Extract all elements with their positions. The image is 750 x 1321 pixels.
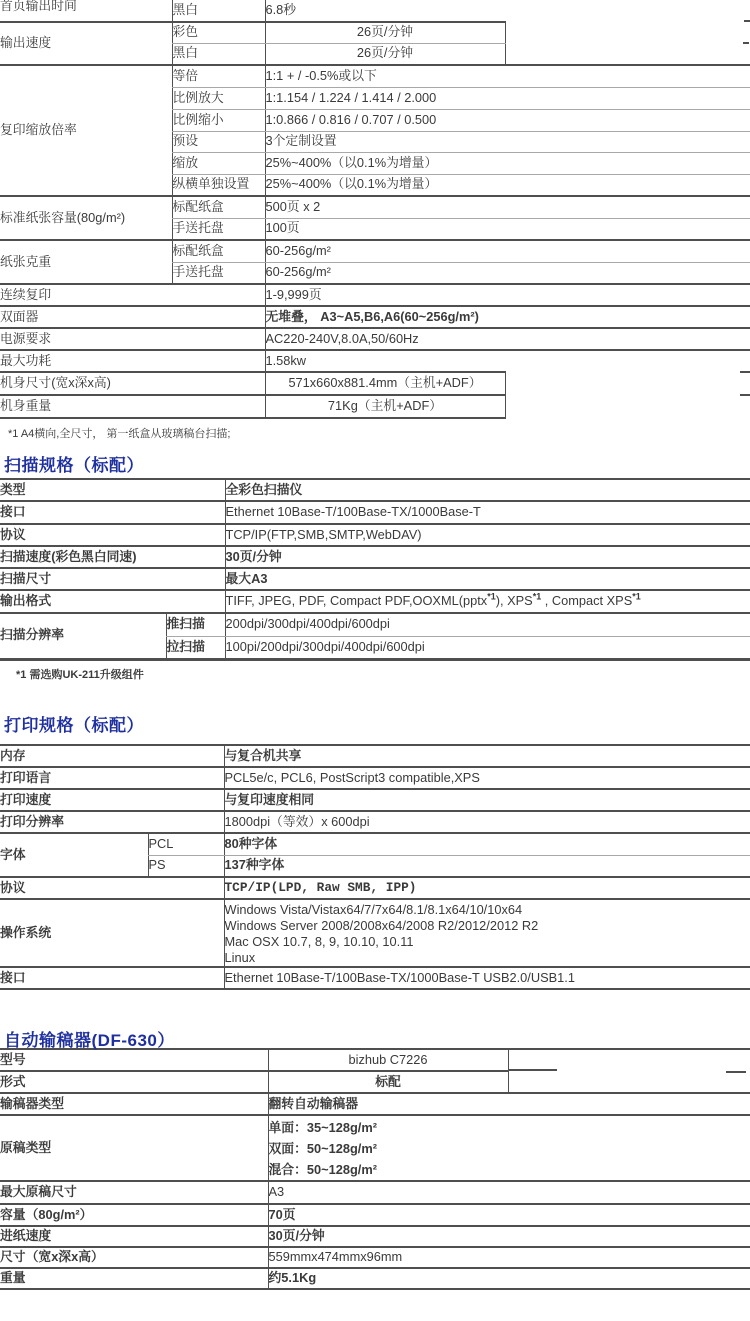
spec-value: 与复印速度相同 [224,789,750,811]
spec-label: 电源要求 [0,328,265,350]
clipped-empty-cell [505,350,750,372]
spec-label: 标准纸张容量(80g/m²) [0,196,172,240]
spec-value: 571x660x881.4mm（主机+ADF） [265,372,505,395]
spec-value: 单面：35~128g/m²双面：50~128g/m²混合：50~128g/m² [268,1115,750,1181]
spec-value: 6.8秒 [265,0,505,22]
spec-value: AC220-240V,8.0A,50/60Hz [265,328,750,350]
footnote-copy: *1 A4横向,全尺寸， 第一纸盒从玻璃稿台扫描; [8,425,230,441]
spec-value: 26页/分钟 [265,22,505,43]
table-row: 进纸速度30页/分钟 [0,1226,750,1247]
table-row: 操作系统Windows Vista/Vistax64/7/7x64/8.1/8.… [0,899,750,967]
table-row: 双面器无堆叠， A3~A5,B6,A6(60~256g/m²) [0,306,750,328]
spec-label: 容量（80g/m²） [0,1204,268,1226]
clipped-empty-cell [508,1049,750,1071]
clipped-empty-cell [508,1071,750,1093]
table-row: 输稿器类型翻转自动输稿器 [0,1093,750,1115]
spec-value: 与复合机共享 [224,745,750,767]
table-row: 扫描速度(彩色黑白同速)30页/分钟 [0,546,750,568]
spec-sublabel: 手送托盘 [172,218,265,240]
spec-sublabel: 等倍 [172,65,265,87]
spec-value: 25%~400%（以0.1%为增量） [265,152,750,174]
spec-sublabel: 比例缩小 [172,109,265,131]
spec-sheet-page: { "colors":{"heading_blue":"#1e2f9e","li… [0,0,750,1321]
table-row: 打印分辨率1800dpi（等效）x 600dpi [0,811,750,833]
spec-value: 70页 [268,1204,750,1226]
table-row: 最大原稿尺寸A3 [0,1181,750,1204]
spec-label: 重量 [0,1268,268,1289]
spec-value: 1:1.154 / 1.224 / 1.414 / 2.000 [265,87,750,109]
spec-label: 操作系统 [0,899,224,967]
spec-sublabel: 比例放大 [172,87,265,109]
spec-label: 输出格式 [0,590,225,613]
spec-label: 型号 [0,1049,268,1071]
spec-value: TIFF, JPEG, PDF, Compact PDF,OOXML(pptx*… [225,590,750,613]
spec-label: 打印速度 [0,789,224,811]
spec-label: 扫描速度(彩色黑白同速) [0,546,225,568]
table-row: 打印语言PCL5e/c, PCL6, PostScript3 compatibl… [0,767,750,789]
spec-value: 1800dpi（等效）x 600dpi [224,811,750,833]
table-row: 标准纸张容量(80g/m²)标配纸盒500页 x 2 [0,196,750,218]
section-heading-scan: 扫描规格（标配） [4,451,144,476]
table-row: 首页输出时间黑白6.8秒 [0,0,750,22]
spec-value: 1.58kw [265,350,505,372]
spec-label: 协议 [0,877,224,899]
spec-value: 无堆叠， A3~A5,B6,A6(60~256g/m²) [265,306,750,328]
table-row: 连续复印1-9,999页 [0,284,750,306]
table-row: 机身重量71Kg（主机+ADF） [0,395,750,418]
spec-value: bizhub C7226 [268,1049,508,1071]
table-row: 打印速度与复印速度相同 [0,789,750,811]
spec-value: 25%~400%（以0.1%为增量） [265,174,750,196]
spec-value: 30页/分钟 [225,546,750,568]
spec-sublabel: 预设 [172,131,265,152]
table-row: 最大功耗1.58kw [0,350,750,372]
table-row: 重量约5.1Kg [0,1268,750,1289]
spec-value: 500页 x 2 [265,196,750,218]
spec-label: 尺寸（宽x深x高） [0,1247,268,1268]
spec-label: 原稿类型 [0,1115,268,1181]
table-row: 字体PCL80种字体 [0,833,750,855]
spec-label: 扫描尺寸 [0,568,225,590]
clipped-line-fragment [508,1069,557,1071]
spec-label: 打印语言 [0,767,224,789]
scan-spec-table: 类型全彩色扫描仪接口Ethernet 10Base-T/100Base-TX/1… [0,478,750,661]
spec-value: 137种字体 [224,855,750,877]
spec-value: Ethernet 10Base-T/100Base-TX/1000Base-T … [224,967,750,989]
spec-value: Ethernet 10Base-T/100Base-TX/1000Base-T [225,501,750,524]
spec-value: 标配 [268,1071,508,1093]
spec-value: TCP/IP(LPD, Raw SMB, IPP) [224,877,750,899]
spec-value: 80种字体 [224,833,750,855]
spec-value: 559mmx474mmx96mm [268,1247,750,1268]
table-row: 机身尺寸(宽x深x高)571x660x881.4mm（主机+ADF） [0,372,750,395]
table-row: 型号bizhub C7226 [0,1049,750,1071]
spec-sublabel: 黑白 [172,0,265,22]
spec-label: 内存 [0,745,224,767]
spec-label: 类型 [0,479,225,501]
spec-value: 30页/分钟 [268,1226,750,1247]
spec-label: 打印分辨率 [0,811,224,833]
table-row: 扫描分辨率推扫描200dpi/300dpi/400dpi/600dpi [0,613,750,636]
spec-label: 机身尺寸(宽x深x高) [0,372,265,395]
clipped-empty-cell [505,0,750,22]
table-row: 输出速度彩色26页/分钟 [0,22,750,43]
spec-sublabel: 拉扫描 [166,636,225,659]
footnote-scan: *1 需选购UK-211升级组件 [16,666,144,682]
spec-value: 翻转自动输稿器 [268,1093,750,1115]
print-spec-table: 内存与复合机共享打印语言PCL5e/c, PCL6, PostScript3 c… [0,744,750,990]
spec-label: 连续复印 [0,284,265,306]
spec-label: 协议 [0,524,225,546]
table-row: 扫描尺寸最大A3 [0,568,750,590]
spec-label: 机身重量 [0,395,265,418]
table-row: 形式标配 [0,1071,750,1093]
spec-sublabel: 缩放 [172,152,265,174]
table-row: 原稿类型单面：35~128g/m²双面：50~128g/m²混合：50~128g… [0,1115,750,1181]
table-row: 输出格式TIFF, JPEG, PDF, Compact PDF,OOXML(p… [0,590,750,613]
spec-label: 进纸速度 [0,1226,268,1247]
spec-sublabel: 推扫描 [166,613,225,636]
table-row: 纸张克重标配纸盒60-256g/m² [0,240,750,262]
clipped-line-fragment [740,394,750,396]
adf-spec-table: 型号bizhub C7226形式标配输稿器类型翻转自动输稿器原稿类型单面：35~… [0,1048,750,1290]
spec-value: PCL5e/c, PCL6, PostScript3 compatible,XP… [224,767,750,789]
table-row: 接口Ethernet 10Base-T/100Base-TX/1000Base-… [0,967,750,989]
spec-value: A3 [268,1181,750,1204]
spec-label: 纸张克重 [0,240,172,284]
spec-label: 接口 [0,501,225,524]
spec-sublabel: 标配纸盒 [172,240,265,262]
table-row: 接口Ethernet 10Base-T/100Base-TX/1000Base-… [0,501,750,524]
spec-value: 最大A3 [225,568,750,590]
spec-value: TCP/IP(FTP,SMB,SMTP,WebDAV) [225,524,750,546]
spec-value: 全彩色扫描仪 [225,479,750,501]
spec-label: 输出速度 [0,22,172,65]
spec-sublabel: PS [148,855,224,877]
table-row: 容量（80g/m²）70页 [0,1204,750,1226]
copy-spec-table: 首页输出时间黑白6.8秒输出速度彩色26页/分钟黑白26页/分钟复印缩放倍率等倍… [0,0,750,419]
spec-label: 最大功耗 [0,350,265,372]
spec-label: 字体 [0,833,148,877]
spec-label: 输稿器类型 [0,1093,268,1115]
spec-value: 100页 [265,218,750,240]
table-row: 类型全彩色扫描仪 [0,479,750,501]
section-heading-adf: 自动输稿器(DF-630） [4,1026,175,1051]
spec-value: 100pi/200dpi/300dpi/400dpi/600dpi [225,636,750,659]
spec-sublabel: 黑白 [172,43,265,65]
spec-label: 最大原稿尺寸 [0,1181,268,1204]
clipped-empty-cell [505,22,750,43]
table-row: 电源要求AC220-240V,8.0A,50/60Hz [0,328,750,350]
spec-value: 3个定制设置 [265,131,750,152]
clipped-line-fragment [744,20,750,22]
clipped-line-fragment [726,1071,746,1073]
spec-sublabel: 纵横单独设置 [172,174,265,196]
spec-label: 复印缩放倍率 [0,65,172,196]
spec-label: 首页输出时间 [0,0,172,22]
spec-label: 形式 [0,1071,268,1093]
spec-value: 60-256g/m² [265,240,750,262]
spec-value: 200dpi/300dpi/400dpi/600dpi [225,613,750,636]
spec-value: 1:1 + / -0.5%或以下 [265,65,750,87]
spec-label: 双面器 [0,306,265,328]
spec-label: 接口 [0,967,224,989]
table-row: 内存与复合机共享 [0,745,750,767]
clipped-empty-cell [505,372,750,395]
table-row: 尺寸（宽x深x高）559mmx474mmx96mm [0,1247,750,1268]
table-row: 复印缩放倍率等倍1:1 + / -0.5%或以下 [0,65,750,87]
clipped-line-fragment [740,371,750,373]
clipped-line-fragment [743,42,749,44]
table-row: 协议TCP/IP(FTP,SMB,SMTP,WebDAV) [0,524,750,546]
section-heading-print: 打印规格（标配） [4,711,144,736]
spec-sublabel: 彩色 [172,22,265,43]
spec-label: 扫描分辨率 [0,613,166,659]
spec-sublabel: 标配纸盒 [172,196,265,218]
spec-sublabel: PCL [148,833,224,855]
spec-value: Windows Vista/Vistax64/7/7x64/8.1/8.1x64… [224,899,750,967]
spec-value: 26页/分钟 [265,43,505,65]
clipped-empty-cell [505,43,750,65]
spec-value: 60-256g/m² [265,262,750,284]
spec-value: 1:0.866 / 0.816 / 0.707 / 0.500 [265,109,750,131]
spec-sublabel: 手送托盘 [172,262,265,284]
spec-value: 71Kg（主机+ADF） [265,395,505,418]
spec-value: 约5.1Kg [268,1268,750,1289]
spec-value: 1-9,999页 [265,284,750,306]
table-row: 协议TCP/IP(LPD, Raw SMB, IPP) [0,877,750,899]
clipped-empty-cell [505,395,750,418]
